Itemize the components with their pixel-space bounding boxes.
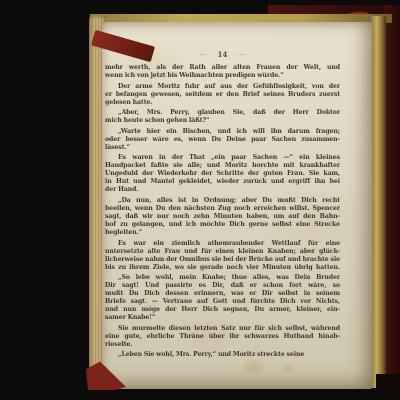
text-line: oder besser wäre es, wenn Du Deine paar … (105, 136, 340, 144)
page-text: mehr werth, als der Rath aller alten Fra… (105, 64, 340, 359)
text-line: beeilen, wenn Du den nächsten Zug noch e… (105, 205, 340, 213)
text-line: Briefe sagt. — Vertraue auf Gott und für… (105, 298, 340, 306)
text-line: untersetzte alte Frau und für einen klei… (105, 248, 340, 256)
text-line: wenn ich von jetzt bis Weihnachten predi… (105, 72, 340, 80)
text-line: mehr werth, als der Rath aller alten Fra… (105, 64, 340, 72)
shadow-bottom-right (376, 374, 400, 400)
text-line: in Hut und Mantel gekleidet, wieder zurü… (105, 178, 340, 186)
text-line: „Warte hier ein Bischen, und ich will ih… (105, 128, 340, 136)
text-line: „Da nun, alles ist in Ordnung; aber Du m… (105, 197, 340, 205)
text-line: licherweise nahm der Omnibus sie bei der… (105, 256, 340, 264)
text-line: Es war ein ziemlich athemraubender Wettl… (105, 240, 340, 248)
header-dash-right: — (238, 51, 245, 57)
text-line: er befangen gewesen, seitdem er den Brie… (105, 91, 340, 99)
text-line: gelesen hatte. (105, 99, 340, 107)
text-line: hof zu gelangen, und ich möchte Dich ger… (105, 221, 340, 229)
text-line: eine gute, ehrliche Thräne über ihr schw… (105, 333, 340, 341)
text-line: mußt Du Dich dessen erinnern, was er Dir… (105, 290, 340, 298)
header-dash-left: — (200, 51, 207, 57)
text-line: bis zu ihrem Ziele, wo sie gerade noch v… (105, 264, 340, 272)
text-line: „Leben Sie wohl, Mrs. Perry,“ und Moritz… (105, 351, 340, 359)
text-line: Ungeduld der Wiederkehr der Schritte der… (105, 170, 340, 178)
book-page: — 14 — mehr werth, als der Rath aller al… (102, 22, 372, 389)
text-line: „Aber, Mrs. Perry, glauben Sie, daß der … (105, 109, 340, 117)
page-stain (240, 358, 268, 376)
book-photo: — 14 — mehr werth, als der Rath aller al… (0, 0, 400, 400)
text-line: begleiten.“ (105, 229, 340, 237)
text-line: mich heute schon gehen läßt?“ (105, 117, 340, 125)
text-line: sagt, daß wir nur noch zehn Minuten habe… (105, 213, 340, 221)
text-line: der Hand. (105, 186, 340, 194)
text-line: Dir sagt! Und passirte es Dir, daß er sc… (105, 282, 340, 290)
text-line: Der arme Moritz fuhr auf aus der Gefühll… (105, 83, 340, 91)
text-line: samer Knabe!“ (105, 314, 340, 322)
text-line: „So lebe wohl, mein Knabe; thue alles, w… (105, 274, 340, 282)
text-line: und nun möge der Herr Dich segnen, Du ar… (105, 306, 340, 314)
text-line: Es waren in der That „ein paar Sachen —“… (105, 154, 340, 162)
text-line: rieselte. (105, 341, 340, 349)
book-cover-right-edge (384, 5, 400, 400)
page-number: 14 (218, 50, 228, 59)
page-stain (280, 362, 296, 374)
text-line: Handpacket faßte sie alle; und Moritz ho… (105, 162, 340, 170)
text-line: läsest.“ (105, 144, 340, 152)
text-line: Sie murmelte diesen letzten Satz nur für… (105, 325, 340, 333)
